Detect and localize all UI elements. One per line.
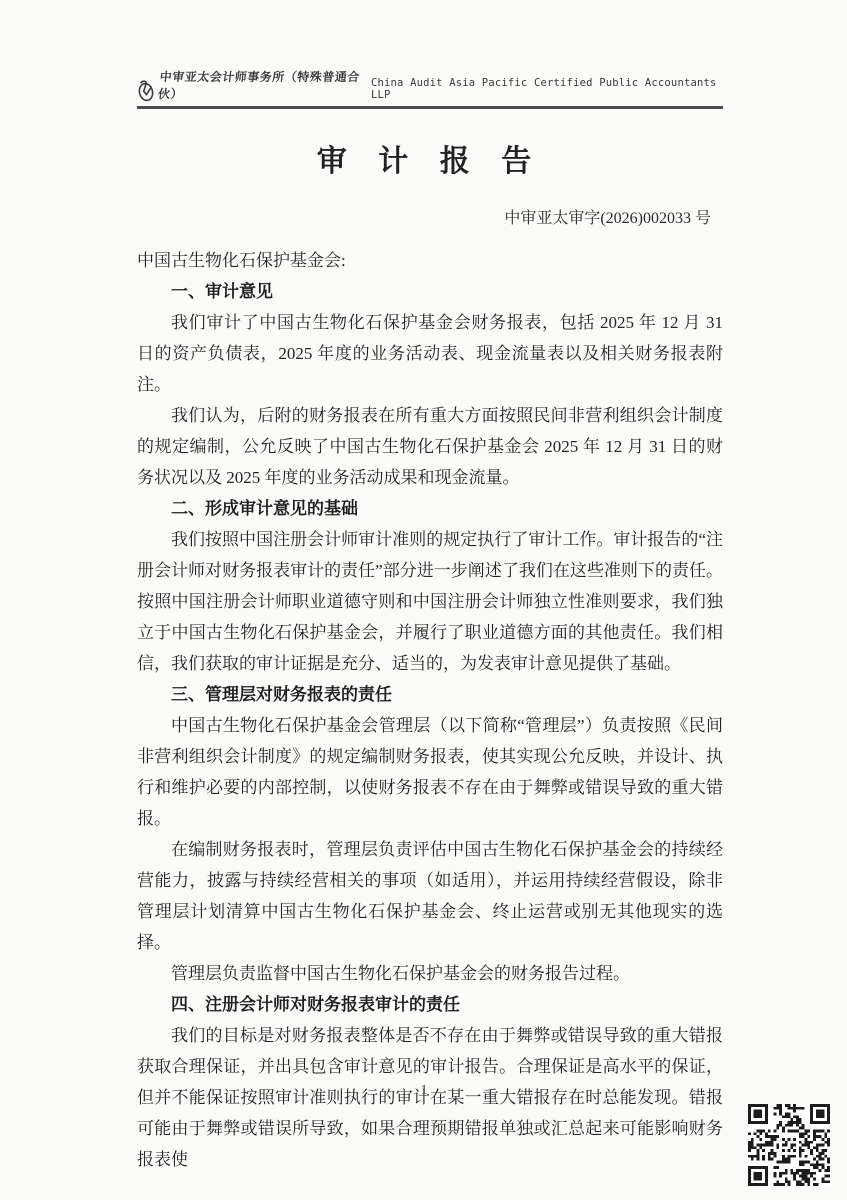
report-body: 中国古生物化石保护基金会: 一、审计意见我们审计了中国古生物化石保护基金会财务报…	[137, 245, 723, 1175]
document-title: 审 计 报 告	[137, 136, 723, 180]
section-heading: 三、管理层对财务报表的责任	[137, 679, 723, 710]
firm-name-english: China Audit Asia Pacific Certified Publi…	[371, 77, 723, 102]
verification-qr-code	[748, 1104, 830, 1186]
paragraph: 管理层负责监督中国古生物化石保护基金会的财务报告过程。	[137, 958, 723, 989]
paragraph: 中国古生物化石保护基金会管理层（以下简称“管理层”）负责按照《民间非营利组织会计…	[137, 710, 723, 834]
sections-container: 一、审计意见我们审计了中国古生物化石保护基金会财务报表，包括 2025 年 12…	[137, 276, 723, 1175]
page-number: 1	[137, 1083, 711, 1099]
letterhead: 中审亚太会计师事务所（特殊普通合伙） China Audit Asia Paci…	[137, 68, 723, 109]
firm-logo-icon	[137, 80, 155, 102]
firm-name-chinese: 中审亚太会计师事务所（特殊普通合伙）	[157, 68, 373, 102]
paragraph: 我们按照中国注册会计师审计准则的规定执行了审计工作。审计报告的“注册会计师对财务…	[137, 524, 723, 679]
paragraph: 我们认为，后附的财务报表在所有重大方面按照民间非营利组织会计制度的规定编制，公允…	[137, 400, 723, 493]
audit-report-page: 中审亚太会计师事务所（特殊普通合伙） China Audit Asia Paci…	[0, 0, 847, 1200]
section-heading: 一、审计意见	[137, 276, 723, 307]
section-heading: 四、注册会计师对财务报表审计的责任	[137, 989, 723, 1020]
reference-number: 中审亚太审字(2026)002033 号	[137, 205, 711, 228]
section-heading: 二、形成审计意见的基础	[137, 493, 723, 524]
paragraph: 我们审计了中国古生物化石保护基金会财务报表，包括 2025 年 12 月 31 …	[137, 307, 723, 400]
firm-brand: 中审亚太会计师事务所（特殊普通合伙）	[137, 68, 371, 102]
paragraph: 在编制财务报表时，管理层负责评估中国古生物化石保护基金会的持续经营能力，披露与持…	[137, 834, 723, 958]
addressee: 中国古生物化石保护基金会:	[137, 245, 723, 276]
